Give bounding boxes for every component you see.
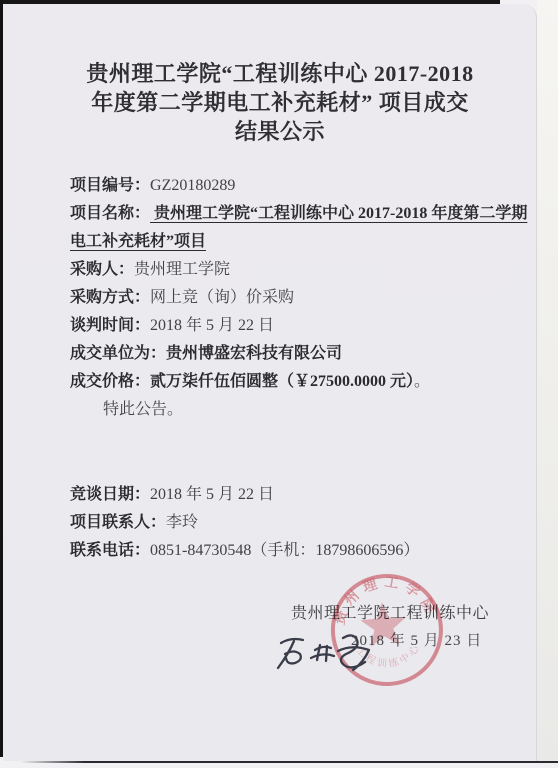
winning-supplier-label: 成交单位为： <box>70 345 166 362</box>
signature-stroke-5 <box>311 654 334 658</box>
field-contact-phone: 联系电话：0851-84730548（手机：18798606596） <box>70 537 520 565</box>
notice-line: 特此公告。 <box>70 396 520 424</box>
negotiation-time-value: 2018 年 5 月 22 日 <box>150 317 274 334</box>
project-number-label: 项目编号： <box>70 177 150 194</box>
buyer-value: 贵州理工学院 <box>134 261 230 278</box>
field-bid-date: 竞谈日期：2018 年 5 月 22 日 <box>70 481 520 509</box>
contact-person-label: 项目联系人： <box>70 514 166 531</box>
title-line-2: 年度第二学期电工补充耗材” 项目成交 <box>25 88 535 117</box>
method-value: 网上竞（询）价采购 <box>150 289 294 306</box>
scan-gutter-right <box>537 0 558 762</box>
buyer-label: 采购人： <box>70 261 134 278</box>
handwritten-signature <box>273 629 379 677</box>
contact-person-value: 李玲 <box>166 514 198 531</box>
scan-edge-bottom <box>20 761 558 763</box>
document-body: 项目编号：GZ20180289 项目名称： 贵州理工学院“工程训练中心 2017… <box>70 172 520 424</box>
field-contact-person: 项目联系人：李玲 <box>70 509 520 537</box>
bid-date-value: 2018 年 5 月 22 日 <box>150 486 274 503</box>
field-buyer: 采购人：贵州理工学院 <box>70 256 520 284</box>
field-negotiation-time: 谈判时间：2018 年 5 月 22 日 <box>70 312 520 340</box>
notice-text: 特此公告。 <box>103 401 183 418</box>
signature-stroke-1 <box>281 639 303 643</box>
title-line-3: 结果公示 <box>25 117 535 146</box>
project-name-value-part2: 电工补充耗材”项目 <box>70 233 206 250</box>
signature-stroke-4 <box>315 647 331 650</box>
field-project-name-wrap: 电工补充耗材”项目 <box>70 228 520 256</box>
transaction-price-label: 成交价格： <box>70 373 150 390</box>
transaction-price-suffix: 。 <box>414 373 430 390</box>
document-title: 贵州理工学院“工程训练中心 2017-2018 年度第二学期电工补充耗材” 项目… <box>25 59 535 146</box>
contact-phone-value: 0851-84730548（手机：18798606596） <box>150 542 419 559</box>
negotiation-time-label: 谈判时间： <box>70 317 150 334</box>
project-name-label: 项目名称： <box>70 205 150 222</box>
project-number-value: GZ20180289 <box>150 177 235 194</box>
field-transaction-price: 成交价格：贰万柒仟伍佰圆整（￥27500.0000 元）。 <box>70 368 520 396</box>
bid-date-label: 竞谈日期： <box>70 486 150 503</box>
field-project-name: 项目名称： 贵州理工学院“工程训练中心 2017-2018 年度第二学期 <box>70 200 520 228</box>
winning-supplier-value: 贵州博盛宏科技有限公司 <box>166 345 342 362</box>
field-project-number: 项目编号：GZ20180289 <box>70 172 520 200</box>
signature-stroke-3 <box>285 652 301 664</box>
field-winning-supplier: 成交单位为：贵州博盛宏科技有限公司 <box>70 340 520 368</box>
contact-block: 竞谈日期：2018 年 5 月 22 日 项目联系人：李玲 联系电话：0851-… <box>70 481 520 565</box>
title-line-1: 贵州理工学院“工程训练中心 2017-2018 <box>25 59 535 88</box>
contact-phone-label: 联系电话： <box>70 542 150 559</box>
project-name-value-part1: 贵州理工学院“工程训练中心 2017-2018 年度第二学期 <box>150 205 527 222</box>
scanned-document: 贵州理工学院“工程训练中心 2017-2018 年度第二学期电工补充耗材” 项目… <box>0 0 558 768</box>
transaction-price-value: 贰万柒仟伍佰圆整（￥27500.0000 元） <box>150 373 414 390</box>
field-procurement-method: 采购方式：网上竞（询）价采购 <box>70 284 520 312</box>
method-label: 采购方式： <box>70 289 150 306</box>
